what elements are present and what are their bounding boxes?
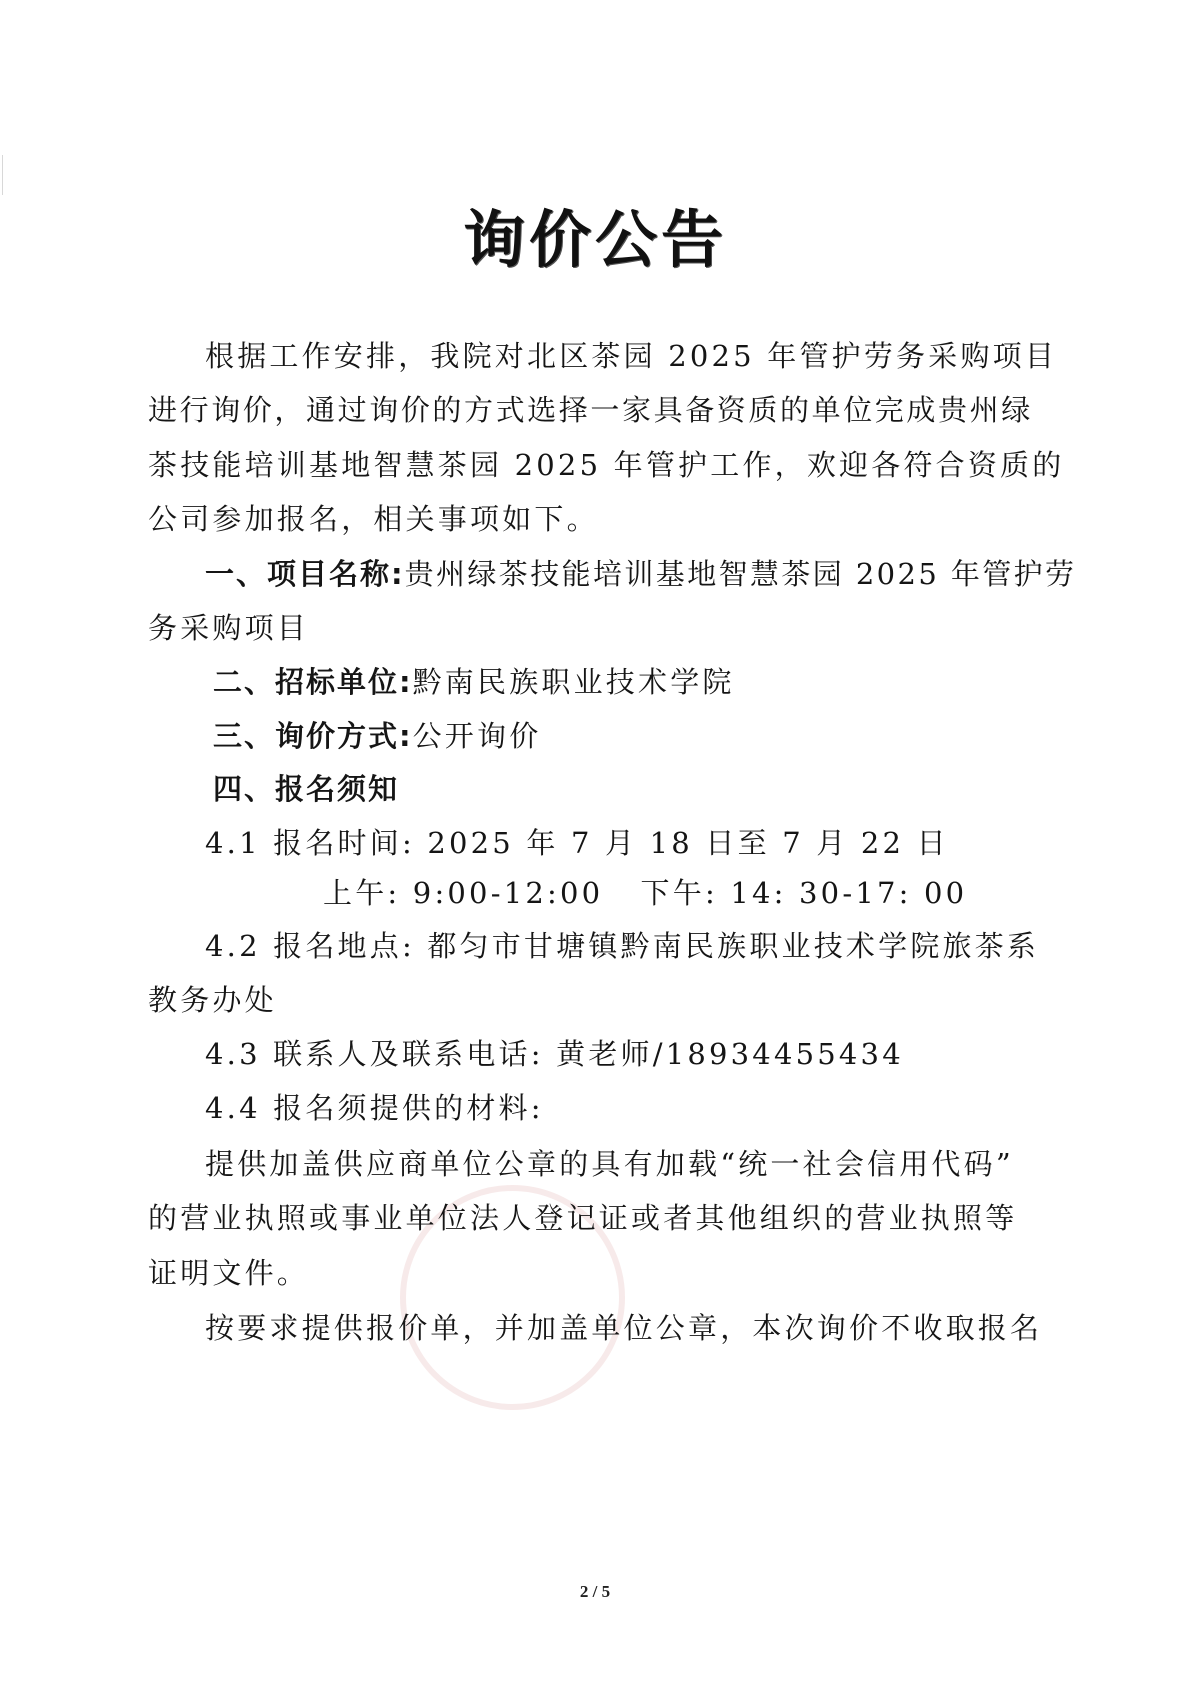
bidding-unit-value: 黔南民族职业技术学院 (413, 665, 735, 699)
project-name-value: 贵州绿茶技能培训基地智慧茶园 2025 年管护劳 (405, 557, 1077, 591)
materials-line-2: 的营业执照或事业单位法人登记证或者其他组织的营业执照等 (148, 1198, 1017, 1238)
registration-location-line-2: 教务办处 (148, 980, 277, 1020)
registration-contact: 4.3 联系人及联系电话: 黄老师/18934455434 (205, 1034, 904, 1074)
section-project-name: 一、项目名称:贵州绿茶技能培训基地智慧茶园 2025 年管护劳 (205, 554, 1076, 594)
section-bidding-unit: 二、招标单位:黔南民族职业技术学院 (213, 662, 735, 702)
registration-time-line-1: 4.1 报名时间: 2025 年 7 月 18 日至 7 月 22 日 (205, 823, 949, 863)
intro-line-3: 茶技能培训基地智慧茶园 2025 年管护工作，欢迎各符合资质的 (148, 445, 1064, 485)
bidding-unit-label: 二、招标单位: (213, 665, 413, 699)
intro-line-2: 进行询价，通过询价的方式选择一家具备资质的单位完成贵州绿 (148, 390, 1033, 430)
section-inquiry-method: 三、询价方式:公开询价 (213, 716, 541, 756)
inquiry-method-value: 公开询价 (413, 719, 542, 753)
scan-edge-mark (2, 155, 3, 195)
project-name-label: 一、项目名称: (205, 557, 405, 591)
materials-line-3: 证明文件。 (148, 1253, 309, 1293)
document-title: 询价公告 (0, 190, 1190, 279)
materials-heading: 4.4 报名须提供的材料: (205, 1088, 544, 1128)
document-page: 询价公告 根据工作安排，我院对北区茶园 2025 年管护劳务采购项目 进行询价，… (0, 0, 1190, 1684)
registration-time-line-2: 上午: 9:00-12:00 下午: 14: 30-17: 00 (323, 873, 967, 913)
inquiry-method-label: 三、询价方式: (213, 719, 413, 753)
page-number: 2 / 5 (0, 1582, 1190, 1602)
intro-line-1: 根据工作安排，我院对北区茶园 2025 年管护劳务采购项目 (205, 336, 1057, 376)
materials-line-1: 提供加盖供应商单位公章的具有加载“统一社会信用代码” (205, 1144, 1014, 1184)
section-registration-notice: 四、报名须知 (213, 769, 399, 809)
intro-line-4: 公司参加报名，相关事项如下。 (148, 499, 599, 539)
quote-line: 按要求提供报价单，并加盖单位公章，本次询价不收取报名 (205, 1308, 1042, 1348)
project-name-value-cont: 务采购项目 (148, 608, 309, 648)
registration-location-line-1: 4.2 报名地点: 都匀市甘塘镇黔南民族职业技术学院旅茶系 (205, 926, 1039, 966)
